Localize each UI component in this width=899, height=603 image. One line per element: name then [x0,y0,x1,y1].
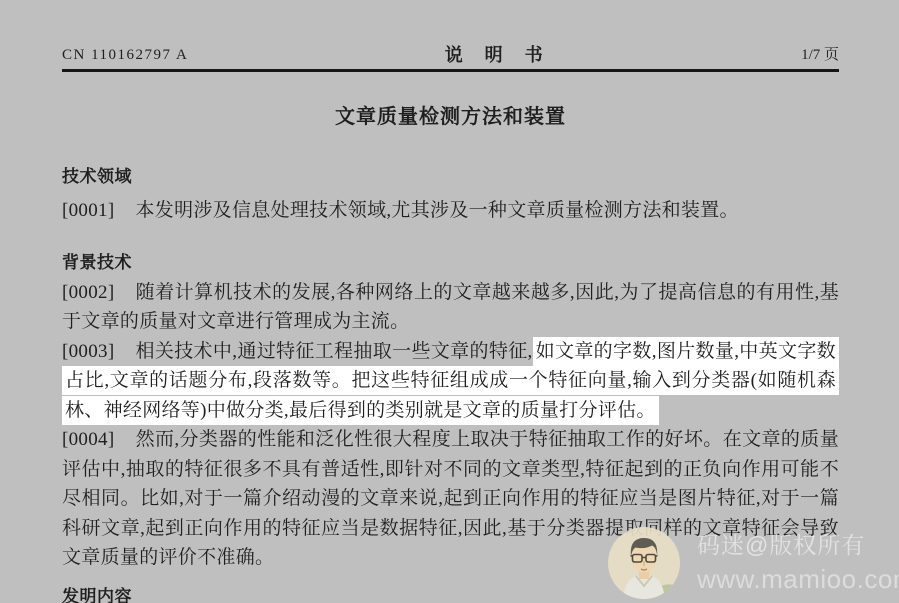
document-type-title: 说 明 书 [445,44,545,66]
paragraph-text: 相关技术中,通过特征工程抽取一些文章的特征, [135,341,532,362]
section-heading-technical-field: 技术领域 [62,166,839,188]
paragraph-number: [0002] [62,282,114,303]
paragraph-0004: [0004]然而,分类器的性能和泛化性很大程度上取决于特征抽取工作的好坏。在文章… [62,425,839,573]
paragraph-0003: [0003]相关技术中,通过特征工程抽取一些文章的特征,如文章的字数,图片数量,… [62,337,839,426]
page-number: 1/7 页 [801,44,839,66]
document-number: CN 110162797 A [62,44,188,66]
paragraph-text: 本发明涉及信息处理技术领域,尤其涉及一种文章质量检测方法和装置。 [135,200,738,221]
paragraph-number: [0003] [62,341,114,362]
paragraph-0002: [0002]随着计算机技术的发展,各种网络上的文章越来越多,因此,为了提高信息的… [62,278,839,337]
paragraph-0001: [0001]本发明涉及信息处理技术领域,尤其涉及一种文章质量检测方法和装置。 [62,196,839,226]
page-header: CN 110162797 A 说 明 书 1/7 页 [62,44,839,72]
section-heading-background: 背景技术 [62,252,839,274]
paragraph-number: [0004] [62,429,114,450]
page-content: CN 110162797 A 说 明 书 1/7 页 文章质量检测方法和装置 技… [62,44,839,603]
paragraph-text: 然而,分类器的性能和泛化性很大程度上取决于特征抽取工作的好坏。在文章的质量评估中… [62,429,839,568]
invention-title: 文章质量检测方法和装置 [62,105,839,129]
paragraph-text: 随着计算机技术的发展,各种网络上的文章越来越多,因此,为了提高信息的有用性,基于… [62,282,839,333]
section-heading-summary: 发明内容 [62,586,839,603]
paragraph-number: [0001] [62,200,114,221]
